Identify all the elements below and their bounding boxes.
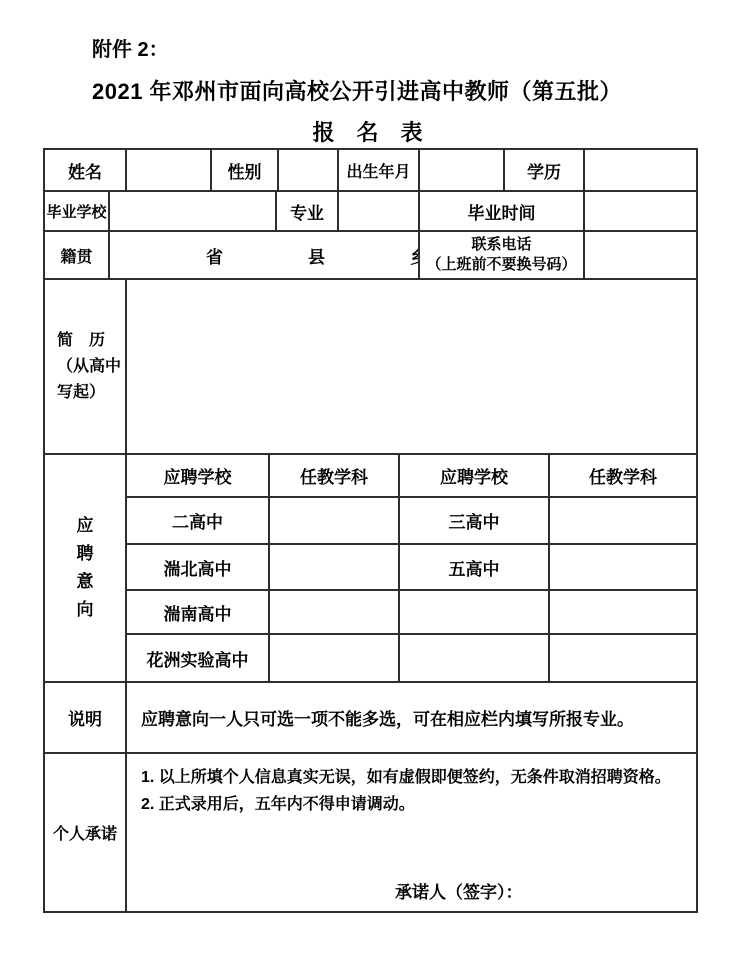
contact-phone-label: 联系电话 （上班前不要换号码） bbox=[420, 232, 585, 278]
province-label: 省 bbox=[206, 243, 223, 268]
intent-label-char: 聘 bbox=[77, 540, 94, 568]
township-label: 乡 bbox=[410, 243, 420, 268]
school-option-tuanbei: 湍北高中 bbox=[127, 545, 270, 589]
subject-cell bbox=[550, 498, 696, 543]
commitment-row: 个人承诺 1. 以上所填个人信息真实无误，如有虚假即便签约，无条件取消招聘资格。… bbox=[45, 754, 696, 911]
graduation-info-row: 毕业学校 专业 毕业时间 bbox=[45, 192, 696, 232]
basic-info-row: 姓名 性别 出生年月 学历 bbox=[45, 150, 696, 192]
education-value-cell bbox=[585, 150, 696, 190]
intent-header-school-right: 应聘学校 bbox=[400, 455, 550, 496]
intent-row-1: 二高中 三高中 bbox=[127, 498, 696, 545]
school-option-erh: 二高中 bbox=[127, 498, 270, 543]
birth-date-label: 出生年月 bbox=[339, 150, 420, 190]
contact-phone-label-line1: 联系电话 bbox=[471, 235, 531, 255]
note-text: 应聘意向一人只可选一项不能多选，可在相应栏内填写所报专业。 bbox=[127, 683, 696, 752]
gender-value-cell bbox=[279, 150, 339, 190]
name-label: 姓名 bbox=[45, 150, 127, 190]
intent-table: 应聘学校 任教学科 应聘学校 任教学科 二高中 三高中 湍北高中 五高中 bbox=[127, 455, 696, 681]
commitment-label: 个人承诺 bbox=[45, 754, 127, 911]
intent-label-char: 应 bbox=[77, 512, 94, 540]
resume-content-cell bbox=[127, 280, 696, 453]
intent-header-subject-left: 任教学科 bbox=[270, 455, 400, 496]
major-value-cell bbox=[339, 192, 420, 230]
gender-label: 性别 bbox=[212, 150, 279, 190]
native-place-value-cell: 省 县 乡 bbox=[110, 232, 420, 278]
intent-label-char: 意 bbox=[77, 568, 94, 596]
commitment-line-2: 2. 正式录用后，五年内不得申请调动。 bbox=[141, 791, 415, 818]
commitment-line-1: 1. 以上所填个人信息真实无误，如有虚假即便签约，无条件取消招聘资格。 bbox=[141, 764, 671, 791]
school-option-huazhou: 花洲实验高中 bbox=[127, 635, 270, 681]
county-label: 县 bbox=[308, 243, 325, 268]
note-label: 说明 bbox=[45, 683, 127, 752]
application-intent-section: 应 聘 意 向 应聘学校 任教学科 应聘学校 任教学科 二高中 三高中 bbox=[45, 455, 696, 683]
school-option-san: 三高中 bbox=[400, 498, 550, 543]
graduation-time-label: 毕业时间 bbox=[420, 192, 585, 230]
intent-label-char: 向 bbox=[77, 596, 94, 624]
education-label: 学历 bbox=[505, 150, 585, 190]
school-cell bbox=[400, 635, 550, 681]
intent-header-row: 应聘学校 任教学科 应聘学校 任教学科 bbox=[127, 455, 696, 498]
intent-row-3: 湍南高中 bbox=[127, 591, 696, 635]
resume-label: 简 历 （从高中 写起） bbox=[45, 280, 127, 453]
graduation-school-label: 毕业学校 bbox=[45, 192, 110, 230]
note-row: 说明 应聘意向一人只可选一项不能多选，可在相应栏内填写所报专业。 bbox=[45, 683, 696, 754]
birth-date-value-cell bbox=[420, 150, 505, 190]
signature-label: 承诺人（签字）： bbox=[395, 883, 523, 903]
attachment-label: 附件 2： bbox=[92, 33, 169, 62]
school-option-tuannan: 湍南高中 bbox=[127, 591, 270, 633]
name-value-cell bbox=[127, 150, 212, 190]
major-label: 专业 bbox=[277, 192, 339, 230]
form-title: 报 名 表 bbox=[0, 116, 735, 147]
subject-cell bbox=[270, 545, 400, 589]
resume-label-line3: 写起） bbox=[57, 380, 105, 406]
subject-cell bbox=[270, 635, 400, 681]
subject-cell bbox=[550, 545, 696, 589]
contact-phone-value-cell bbox=[585, 232, 696, 278]
intent-row-4: 花洲实验高中 bbox=[127, 635, 696, 681]
subject-cell bbox=[270, 591, 400, 633]
intent-header-subject-right: 任教学科 bbox=[550, 455, 696, 496]
native-place-label: 籍贯 bbox=[45, 232, 110, 278]
school-cell bbox=[400, 591, 550, 633]
subject-cell bbox=[550, 635, 696, 681]
contact-phone-label-line2: （上班前不要换号码） bbox=[426, 255, 576, 275]
subject-cell bbox=[550, 591, 696, 633]
school-option-wu: 五高中 bbox=[400, 545, 550, 589]
application-intent-label: 应 聘 意 向 bbox=[45, 455, 127, 681]
resume-label-line1: 简 历 bbox=[57, 328, 105, 354]
graduation-school-value-cell bbox=[110, 192, 277, 230]
intent-row-2: 湍北高中 五高中 bbox=[127, 545, 696, 591]
page-title: 2021 年邓州市面向高校公开引进高中教师（第五批） bbox=[92, 75, 622, 106]
resume-row: 简 历 （从高中 写起） bbox=[45, 280, 696, 455]
subject-cell bbox=[270, 498, 400, 543]
document-page: 附件 2： 2021 年邓州市面向高校公开引进高中教师（第五批） 报 名 表 姓… bbox=[0, 0, 735, 957]
native-place-row: 籍贯 省 县 乡 联系电话 （上班前不要换号码） bbox=[45, 232, 696, 280]
registration-form-table: 姓名 性别 出生年月 学历 毕业学校 专业 毕业时间 籍贯 省 县 乡 bbox=[43, 148, 698, 913]
commitment-content-cell: 1. 以上所填个人信息真实无误，如有虚假即便签约，无条件取消招聘资格。 2. 正… bbox=[127, 754, 696, 911]
resume-label-line2: （从高中 bbox=[57, 354, 121, 380]
intent-header-school-left: 应聘学校 bbox=[127, 455, 270, 496]
graduation-time-value-cell bbox=[585, 192, 696, 230]
